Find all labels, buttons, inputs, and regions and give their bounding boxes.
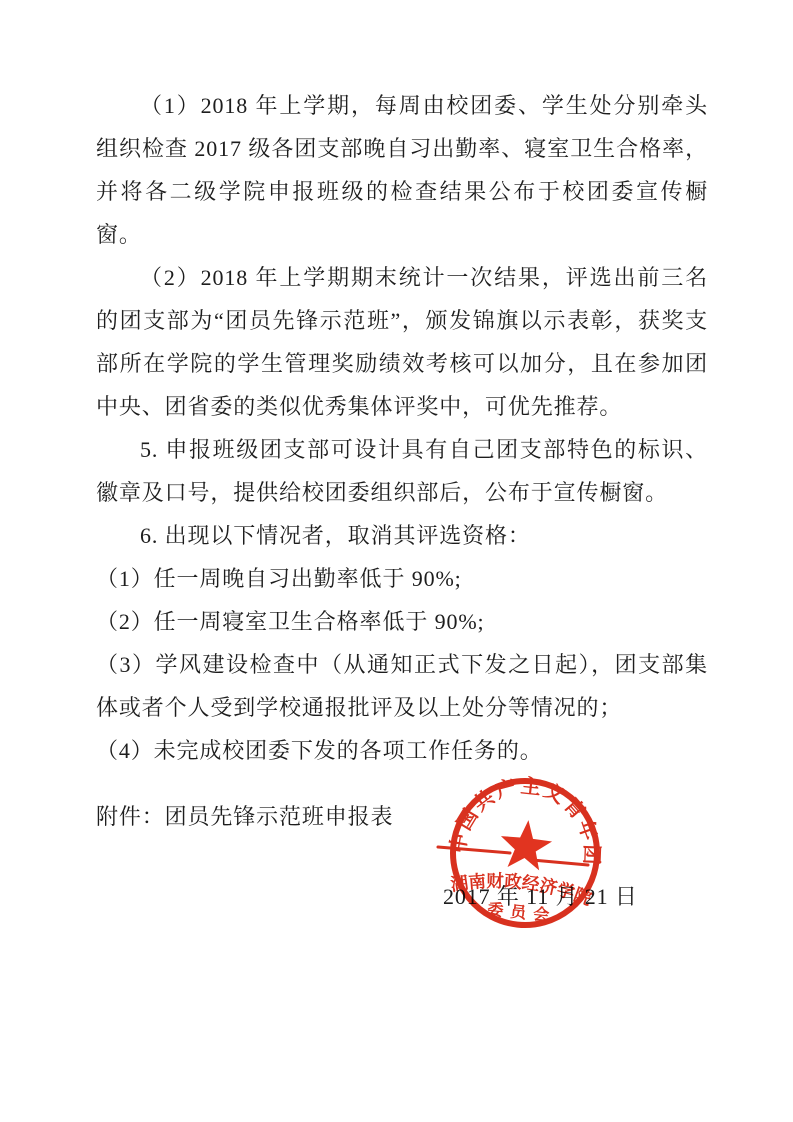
list-item-3: （3）学风建设检查中（从通知正式下发之日起），团支部集体或者个人受到学校通报批评…	[96, 643, 708, 729]
paragraph-semester-award: （2）2018 年上学期期末统计一次结果，评选出前三名的团支部为“团员先锋示范班…	[96, 256, 708, 428]
list-item-2: （2）任一周寝室卫生合格率低于 90%;	[96, 600, 708, 643]
paragraph-weekly-check: （1）2018 年上学期，每周由校团委、学生处分别牵头组织检查 2017 级各团…	[96, 84, 708, 256]
list-item-1: （1）任一周晚自习出勤率低于 90%;	[96, 557, 708, 600]
document-body: （1）2018 年上学期，每周由校团委、学生处分别牵头组织检查 2017 级各团…	[96, 84, 708, 918]
paragraph-rule-6: 6. 出现以下情况者，取消其评选资格：	[96, 514, 708, 557]
attachment-line: 附件：团员先锋示范班申报表	[96, 795, 708, 838]
date-line: 2017 年 11 月 21 日	[96, 875, 708, 918]
paragraph-rule-5: 5. 申报班级团支部可设计具有自己团支部特色的标识、徽章及口号，提供给校团委组织…	[96, 428, 708, 514]
list-item-4: （4）未完成校团委下发的各项工作任务的。	[96, 729, 708, 772]
